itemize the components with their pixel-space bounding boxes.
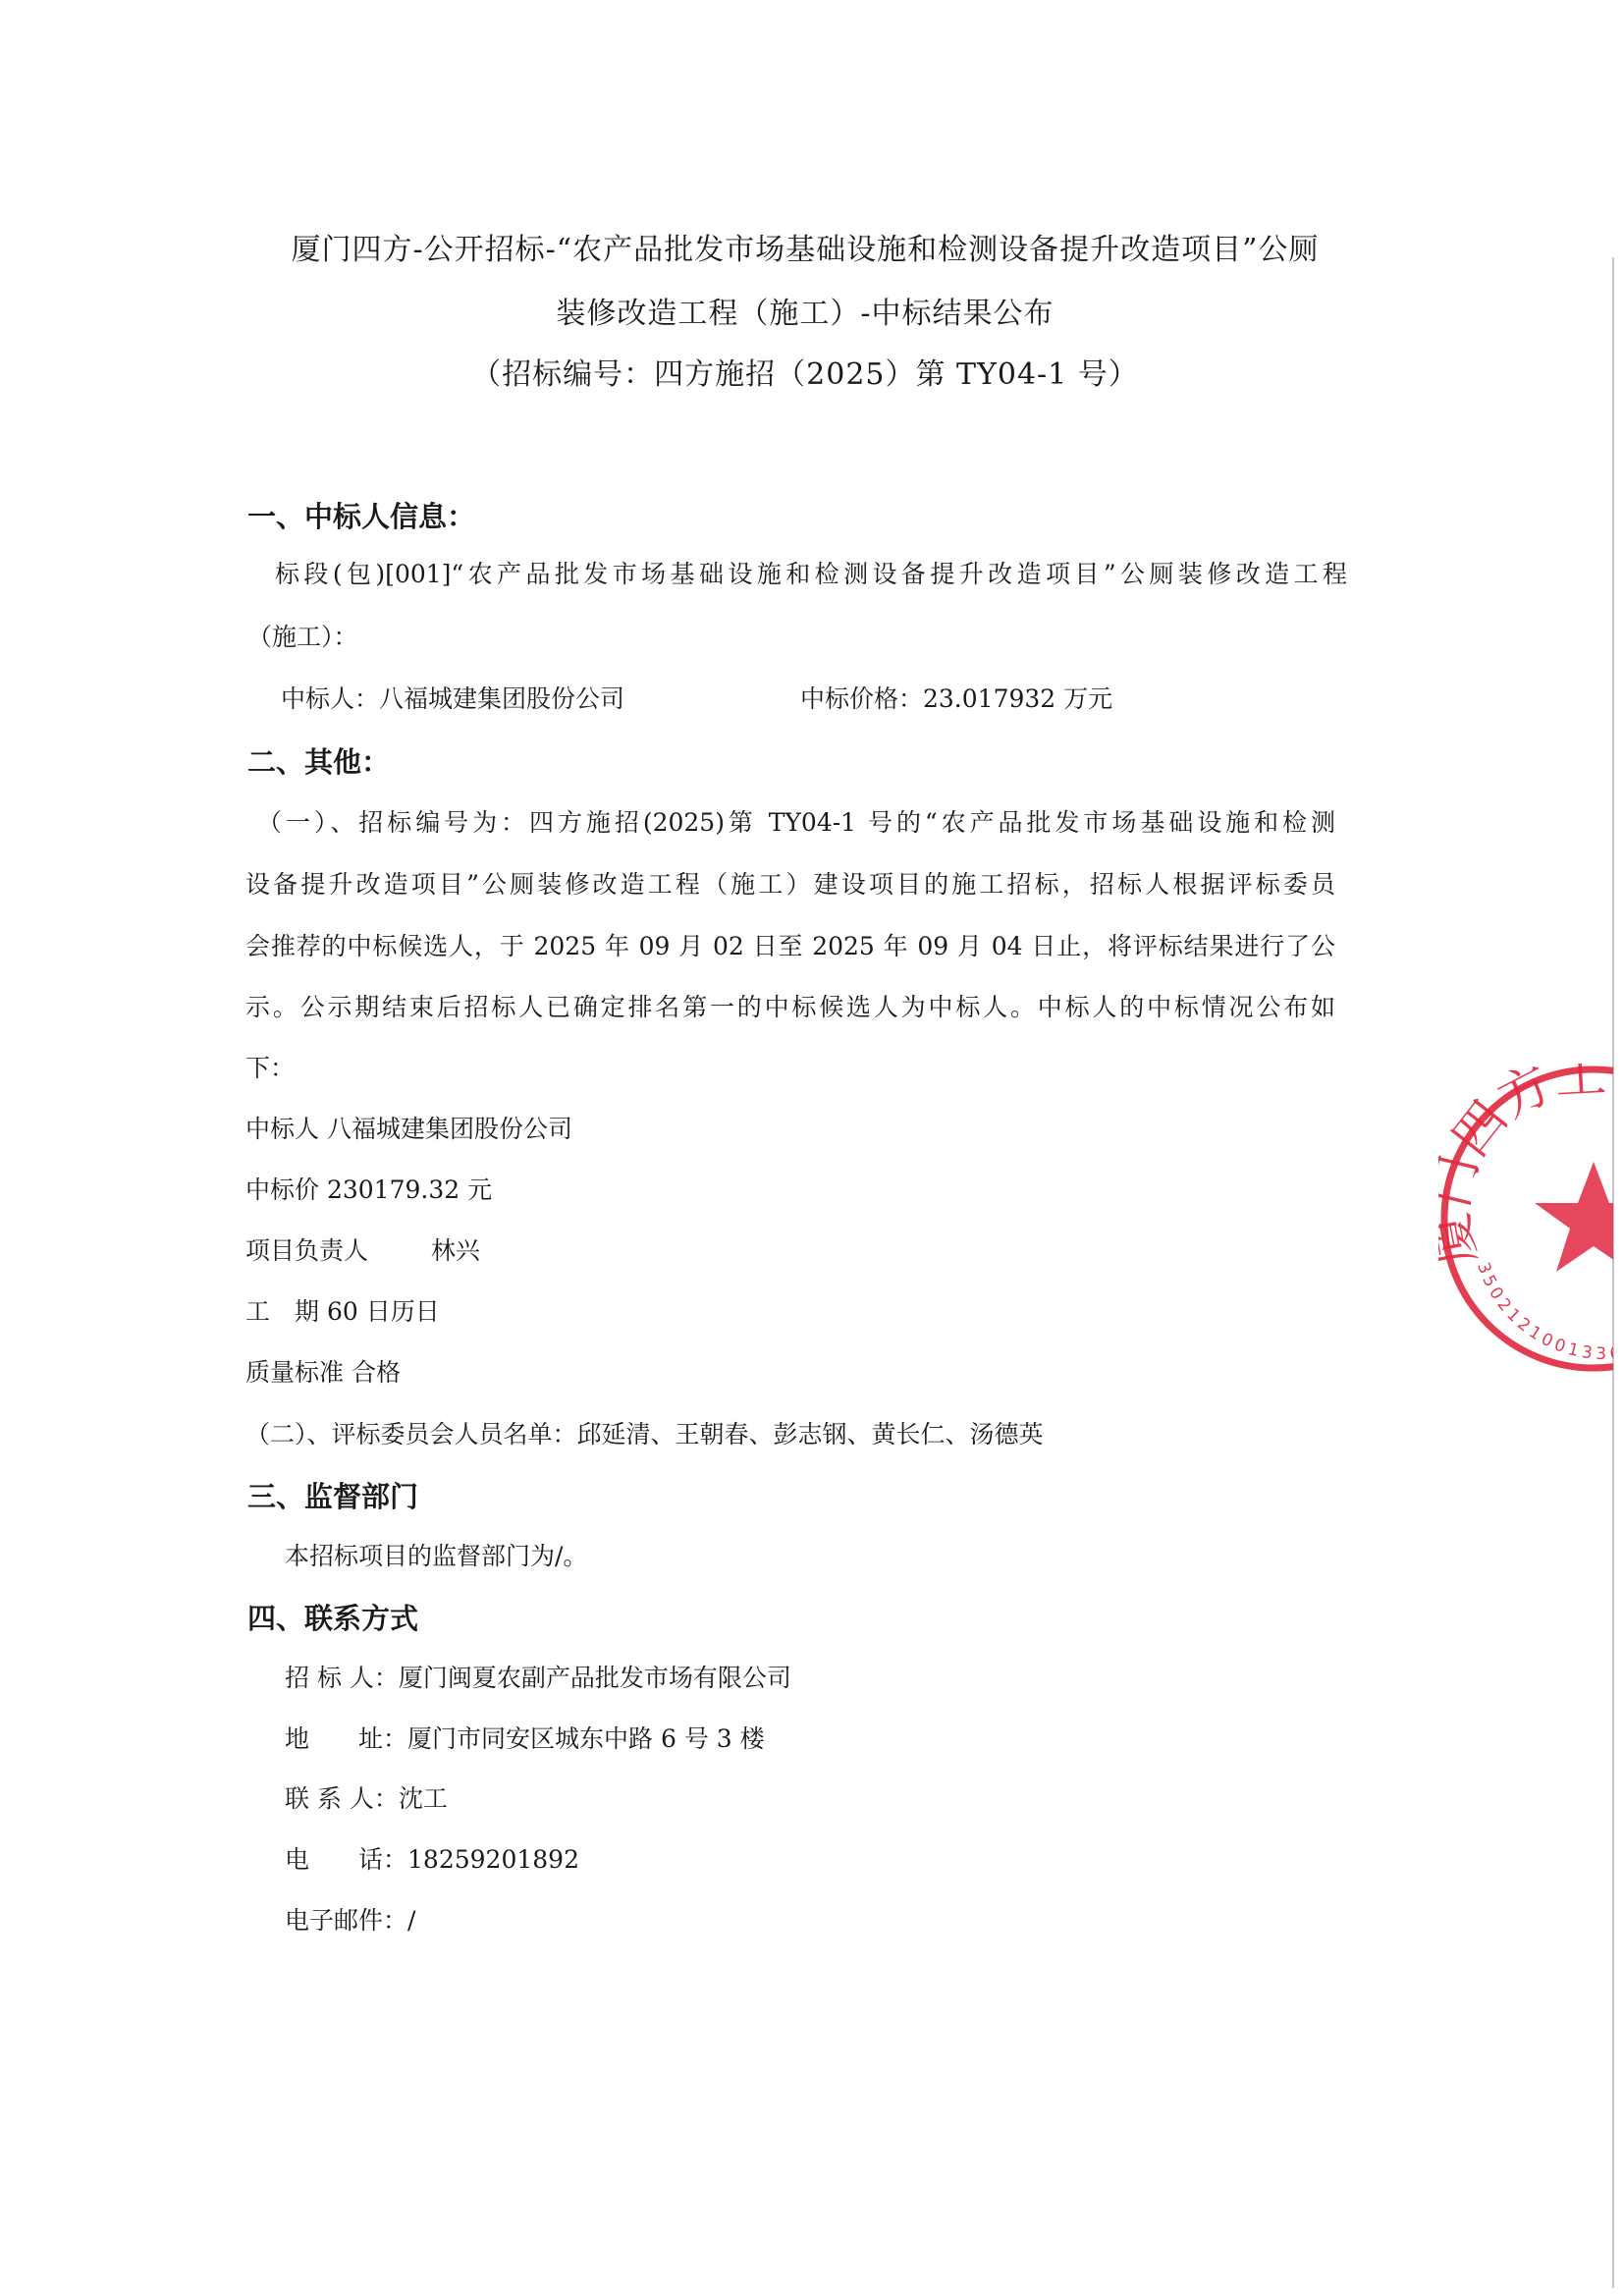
- detail-project-manager: 项目负责人 林兴: [245, 1237, 480, 1265]
- lot-line-2: （施工）：: [247, 624, 358, 651]
- title-line-1: 厦门四方-公开招标-“农产品批发市场基础设施和检测设备提升改造项目”公厕: [245, 236, 1365, 265]
- contact-value: /: [407, 1906, 415, 1935]
- contact-address: 地 址：厦门市同安区城东中路 6 号 3 楼: [285, 1725, 765, 1753]
- contact-label: 招 标 人：: [285, 1664, 399, 1692]
- lot-line-1: 标段(包)[001]“农产品批发市场基础设施和检测设备提升改造项目”公厕装修改造…: [275, 561, 1347, 588]
- contact-label: 电 话：: [285, 1845, 407, 1874]
- para-line-2: 设备提升改造项目”公厕装修改造工程（施工）建设项目的施工招标，招标人根据评标委员: [245, 871, 1335, 899]
- detail-price: 中标价 230179.32 元: [245, 1176, 492, 1204]
- detail-label: 质量标准: [245, 1358, 344, 1387]
- para-line-5: 下：: [245, 1055, 295, 1082]
- seal-stamp-icon: 厦门四方工 35021210013364: [1438, 1064, 1613, 1378]
- detail-label: 工 期: [245, 1297, 319, 1326]
- contact-value: 厦门市同安区城东中路 6 号 3 楼: [407, 1724, 765, 1753]
- detail-value: 230179.32 元: [327, 1175, 492, 1204]
- para-line-1: （一）、招标编号为：四方施招(2025)第 TY04-1 号的“农产品批发市场基…: [257, 809, 1335, 837]
- title-line-3: （招标编号：四方施招（2025）第 TY04-1 号）: [245, 360, 1365, 390]
- detail-value: 合格: [352, 1358, 401, 1387]
- detail-label: 项目负责人: [245, 1236, 368, 1265]
- contact-phone: 电 话：18259201892: [285, 1846, 579, 1874]
- detail-duration: 工 期 60 日历日: [245, 1298, 440, 1326]
- detail-winner: 中标人 八福城建集团股份公司: [245, 1116, 572, 1143]
- section1-heading: 一、中标人信息：: [247, 501, 475, 532]
- title-line-2: 装修改造工程（施工）-中标结果公布: [245, 300, 1365, 329]
- winning-price: 中标价格：23.017932 万元: [800, 685, 1112, 713]
- seal-star-icon: [1535, 1162, 1613, 1272]
- detail-value: 林兴: [431, 1236, 480, 1265]
- section4-heading: 四、联系方式: [247, 1603, 418, 1634]
- supervision-text: 本招标项目的监督部门为/。: [285, 1543, 587, 1570]
- contact-label: 联 系 人：: [285, 1784, 399, 1813]
- contact-person: 联 系 人：沈工: [285, 1785, 448, 1813]
- para-line-3: 会推荐的中标候选人，于 2025 年 09 月 02 日至 2025 年 09 …: [245, 933, 1335, 960]
- contact-label: 地 址：: [285, 1724, 407, 1753]
- detail-value: 八福城建集团股份公司: [327, 1115, 572, 1143]
- detail-label: 中标价: [245, 1175, 319, 1204]
- detail-quality: 质量标准 合格: [245, 1359, 401, 1387]
- detail-label: 中标人: [245, 1115, 319, 1143]
- committee-list: （二）、评标委员会人员名单：邱延清、王朝春、彭志钢、黄长仁、汤德英: [245, 1421, 1044, 1449]
- detail-value: 60 日历日: [327, 1297, 440, 1326]
- contact-value: 18259201892: [407, 1845, 579, 1874]
- company-seal: 厦门四方工 35021210013364: [1438, 1064, 1613, 1378]
- section3-heading: 三、监督部门: [247, 1481, 418, 1512]
- para-line-4: 示。公示期结束后招标人已确定排名第一的中标候选人为中标人。中标人的中标情况公布如: [245, 994, 1335, 1021]
- winner-label: 中标人：八福城建集团股份公司: [281, 685, 624, 713]
- contact-value: 沈工: [399, 1784, 448, 1813]
- section2-heading: 二、其他：: [247, 746, 390, 778]
- contact-tenderer: 招 标 人：厦门闽夏农副产品批发市场有限公司: [285, 1665, 791, 1692]
- contact-value: 厦门闽夏农副产品批发市场有限公司: [399, 1664, 791, 1692]
- contact-label: 电子邮件：: [285, 1906, 407, 1935]
- contact-email: 电子邮件：/: [285, 1907, 415, 1935]
